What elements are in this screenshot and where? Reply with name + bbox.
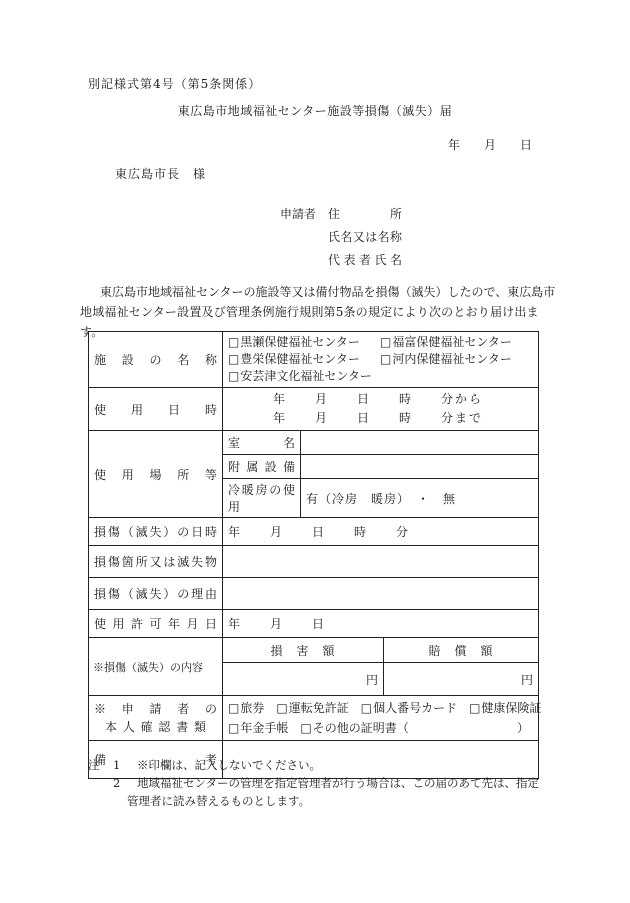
applicant-label: 申請者: [280, 203, 316, 272]
checkbox-icon: □: [228, 351, 239, 368]
use-place-label: 使用場所等: [89, 431, 223, 518]
checkbox-icon: □: [228, 698, 239, 718]
note-2-line1: 地域福祉センターの管理を指定管理者が行う場合は、この届のあて先は、指定: [137, 774, 539, 792]
use-datetime-from: 年 月 日 時 分から: [228, 390, 533, 409]
row-damage-reason: 損傷（滅失）の理由: [89, 578, 539, 610]
damage-location-value-cell: [223, 546, 539, 578]
checkbox-icon: □: [228, 368, 239, 385]
checkbox-icon: □: [469, 698, 480, 718]
equipment-label: 附属設備: [223, 455, 301, 479]
checkbox-icon: □: [300, 718, 311, 738]
note-1-text: ※印欄は、記入しないでください。: [137, 756, 321, 774]
room-name-label: 室名: [223, 431, 301, 455]
facility-option-label: 豊栄保健福祉センター: [240, 351, 360, 368]
damage-reason-label: 損傷（滅失）の理由: [89, 578, 223, 610]
note-1-number: 1: [113, 756, 137, 774]
facility-options-cell: □黒瀬保健福祉センター □福富保健福祉センター □豊栄保健福祉センター □河内保…: [223, 332, 539, 388]
damage-amount-unit: 円: [223, 663, 384, 696]
form-page: 別記様式第4号（第5条関係） 東広島市地域福祉センター施設等損傷（滅失）届 年 …: [0, 0, 630, 903]
facility-option: □河内保健福祉センター: [380, 351, 512, 368]
addressee: 東広島市長 様: [115, 165, 206, 182]
identity-option: □その他の証明書（: [300, 718, 408, 738]
page-title: 東広島市地域福祉センター施設等損傷（滅失）届: [0, 102, 630, 119]
checkbox-icon: □: [380, 351, 391, 368]
note-item-1: 注 1 ※印欄は、記入しないでください。: [88, 756, 566, 774]
row-identity-documents: ※申請者の 本人確認書類 □旅券 □運転免許証 □個人番号カード □健康保険証 …: [89, 696, 539, 741]
identity-option-label: その他の証明書（: [313, 718, 409, 738]
note-2-number: 2: [113, 774, 137, 792]
facility-label: 施設の名称: [89, 332, 223, 388]
identity-option-label: 健康保険証: [481, 698, 541, 718]
notes-heading: 注: [88, 756, 113, 774]
row-damage-detail-header: ※損傷（滅失）の内容 損 害 額 賠 償 額: [89, 638, 539, 663]
identity-option: □健康保険証: [469, 698, 541, 718]
identity-option: □旅券: [228, 698, 264, 718]
row-use-place-room: 使用場所等 室名: [89, 431, 539, 455]
permit-date-value: 年 月 日: [223, 610, 539, 638]
identity-option: □運転免許証: [276, 698, 348, 718]
damage-datetime-value: 年 月 日 時 分: [223, 518, 539, 546]
checkbox-icon: □: [228, 718, 239, 738]
checkbox-icon: □: [380, 334, 391, 351]
damage-detail-label: ※損傷（滅失）の内容: [89, 638, 223, 696]
hvac-label: 冷暖房の使用: [223, 479, 301, 518]
equipment-value-cell: [301, 455, 539, 479]
hvac-value: 有（冷房 暖房） ・ 無: [301, 479, 539, 518]
form-table: 施設の名称 □黒瀬保健福祉センター □福富保健福祉センター □豊栄保健福祉センタ…: [88, 331, 539, 779]
note-item-2-continuation: 管理者に読み替えるものとします。: [88, 792, 566, 810]
identity-option: □個人番号カード: [361, 698, 457, 718]
room-name-value-cell: [301, 431, 539, 455]
identity-option-close-paren: ）: [517, 718, 533, 738]
facility-option: □黒瀬保健福祉センター: [228, 334, 380, 351]
facility-option-label: 福富保健福祉センター: [392, 334, 512, 351]
facility-option-label: 黒瀬保健福祉センター: [240, 334, 360, 351]
checkbox-icon: □: [276, 698, 287, 718]
facility-option-label: 安芸津文化福祉センター: [240, 368, 372, 385]
row-use-datetime: 使用日時 年 月 日 時 分から 年 月 日 時 分まで: [89, 388, 539, 431]
applicant-address-label: 住所: [328, 203, 402, 226]
identity-label: ※申請者の 本人確認書類: [89, 696, 223, 741]
notes-block: 注 1 ※印欄は、記入しないでください。 2 地域福祉センターの管理を指定管理者…: [88, 756, 566, 810]
use-datetime-label: 使用日時: [89, 388, 223, 431]
applicant-block: 申請者 住所 氏名又は名称 代表者氏名: [280, 203, 402, 272]
row-damage-datetime: 損傷（滅失）の日時 年 月 日 時 分: [89, 518, 539, 546]
identity-option-label: 運転免許証: [289, 698, 349, 718]
row-facility: 施設の名称 □黒瀬保健福祉センター □福富保健福祉センター □豊栄保健福祉センタ…: [89, 332, 539, 388]
applicant-representative-label: 代表者氏名: [328, 249, 402, 272]
facility-option-label: 河内保健福祉センター: [392, 351, 512, 368]
damage-datetime-label: 損傷（滅失）の日時: [89, 518, 223, 546]
identity-options-cell: □旅券 □運転免許証 □個人番号カード □健康保険証 □年金手帳 □その他の証明…: [223, 696, 539, 741]
identity-option-label: 年金手帳: [240, 718, 288, 738]
applicant-name-label: 氏名又は名称: [328, 226, 402, 249]
facility-option: □安芸津文化福祉センター: [228, 368, 372, 385]
checkbox-icon: □: [228, 334, 239, 351]
damage-amount-header: 損 害 額: [223, 638, 384, 663]
identity-label-line1: ※申請者の: [94, 700, 217, 718]
note-2-line2: 管理者に読み替えるものとします。: [127, 792, 310, 810]
permit-date-label: 使用許可年月日: [89, 610, 223, 638]
compensation-unit: 円: [384, 663, 539, 696]
form-number: 別記様式第4号（第5条関係）: [88, 75, 261, 92]
use-datetime-cell: 年 月 日 時 分から 年 月 日 時 分まで: [223, 388, 539, 431]
identity-option: □年金手帳: [228, 718, 288, 738]
identity-option-label: 旅券: [240, 698, 264, 718]
row-damage-location: 損傷箇所又は滅失物: [89, 546, 539, 578]
row-permit-date: 使用許可年月日 年 月 日: [89, 610, 539, 638]
note-item-2: 2 地域福祉センターの管理を指定管理者が行う場合は、この届のあて先は、指定: [88, 774, 566, 792]
identity-option-label: 個人番号カード: [373, 698, 457, 718]
date-line: 年 月 日: [88, 136, 532, 153]
identity-label-line2: 本人確認書類: [94, 718, 217, 736]
compensation-header: 賠 償 額: [384, 638, 539, 663]
damage-reason-value-cell: [223, 578, 539, 610]
facility-option: □福富保健福祉センター: [380, 334, 512, 351]
facility-option: □豊栄保健福祉センター: [228, 351, 380, 368]
use-datetime-to: 年 月 日 時 分まで: [228, 409, 533, 428]
checkbox-icon: □: [361, 698, 372, 718]
body-line-1: 東広島市地域福祉センターの施設等又は備付物品を損傷（滅失）したので、東広島市: [80, 282, 558, 302]
damage-location-label: 損傷箇所又は滅失物: [89, 546, 223, 578]
